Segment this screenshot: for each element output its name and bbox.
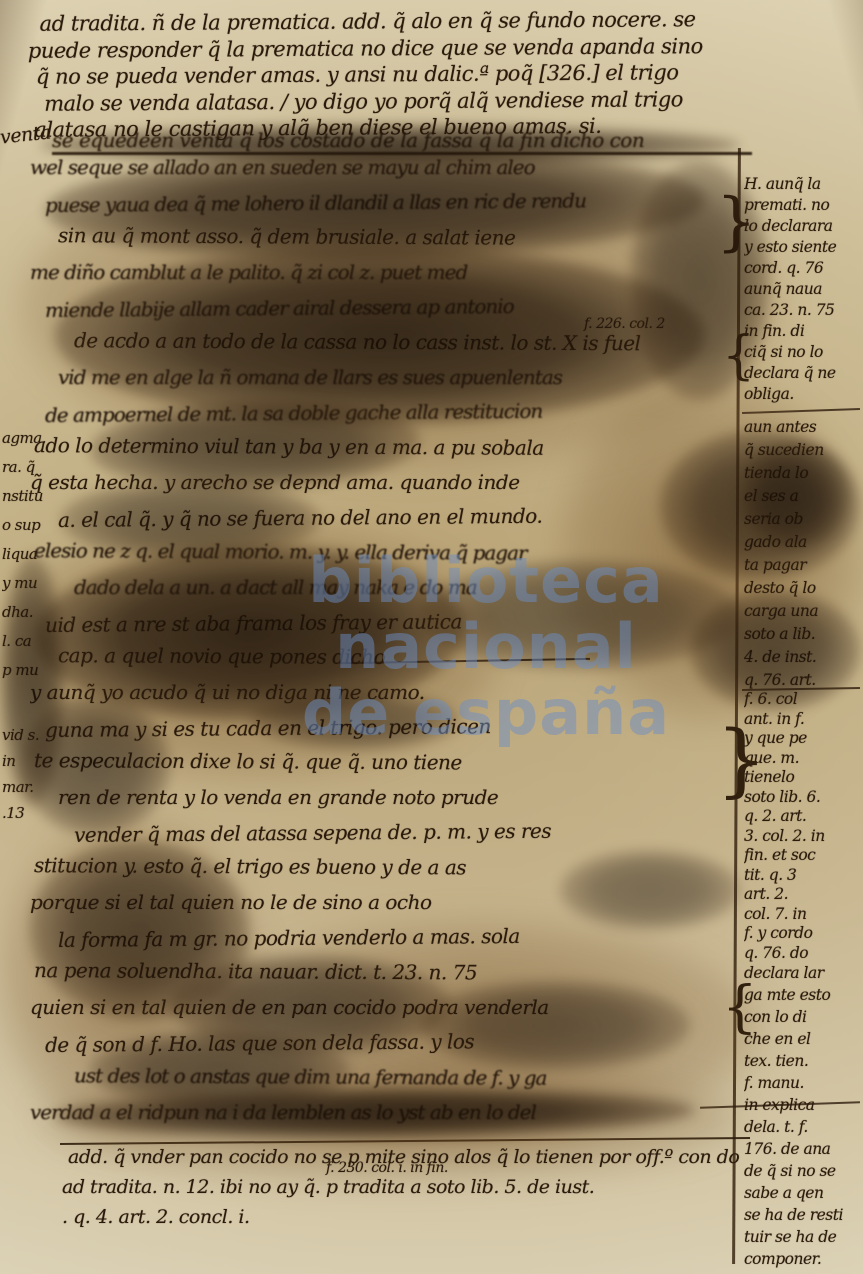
left-margin-line: ra. q̃ bbox=[2, 453, 46, 482]
right-margin-line: fin. et soc bbox=[744, 846, 860, 866]
footer-line: . q. 4. art. 2. concl. i. bbox=[62, 1202, 762, 1232]
ink-blot bbox=[560, 850, 740, 930]
right-margin-line: f. manu. bbox=[744, 1072, 860, 1094]
header-text-block: ad tradita. ñ de la prematica. add. q̃ a… bbox=[34, 5, 841, 143]
right-margin-line: f. y cordo bbox=[744, 924, 860, 944]
right-margin-line: declara q̃ ne bbox=[744, 363, 860, 384]
ink-blot bbox=[740, 440, 850, 550]
right-margin-line: tex. tien. bbox=[744, 1050, 860, 1072]
right-margin-line: componer. bbox=[744, 1248, 860, 1270]
right-margin-line: 3. col. 2. in bbox=[744, 827, 860, 847]
right-margin-line: in explica bbox=[744, 1094, 860, 1116]
ink-blot bbox=[55, 245, 705, 425]
right-margin-line: dela. t. f. bbox=[744, 1116, 860, 1138]
right-margin-line: col. 7. in bbox=[744, 905, 860, 925]
right-margin-line: che en el bbox=[744, 1028, 860, 1050]
right-margin-line: art. 2. bbox=[744, 885, 860, 905]
left-margin-line: nstitu bbox=[2, 482, 46, 511]
right-margin-line: q. 76. do bbox=[744, 944, 860, 964]
ink-blot bbox=[690, 590, 860, 710]
footer-addition-block: add. q̃ vnder pan cocido no se p mite si… bbox=[62, 1142, 762, 1232]
right-margin-line: con lo di bbox=[744, 1006, 860, 1028]
right-margin-line: H. aunq̃ la bbox=[744, 174, 860, 195]
ink-blot bbox=[420, 980, 690, 1070]
right-margin-line: premati. no bbox=[744, 195, 860, 216]
footer-citation-small: f. 230. col. i. in fin. bbox=[326, 1160, 448, 1176]
ink-blot bbox=[250, 690, 460, 750]
right-margin-line: q. 2. art. bbox=[744, 807, 860, 827]
right-margin-line: declara lar bbox=[744, 962, 860, 984]
right-margin-line: obliga. bbox=[744, 384, 860, 405]
right-margin-line: ga mte esto bbox=[744, 984, 860, 1006]
ink-blot bbox=[20, 695, 170, 835]
manuscript-page: ad tradita. ñ de la prematica. add. q̃ a… bbox=[0, 0, 863, 1274]
right-margin-line: tit. q. 3 bbox=[744, 866, 860, 886]
left-margin-line: agma. bbox=[2, 424, 46, 453]
footer-line: ad tradita. n. 12. ibi no ay q̃. p tradi… bbox=[62, 1172, 762, 1202]
left-margin-line: o sup bbox=[2, 511, 46, 540]
ink-blot bbox=[40, 125, 740, 165]
margin-brace: } bbox=[716, 720, 767, 800]
ink-blot bbox=[630, 160, 770, 400]
right-margin-line: ciq̃ si no lo bbox=[744, 342, 860, 363]
margin-brace: { bbox=[722, 980, 758, 1036]
